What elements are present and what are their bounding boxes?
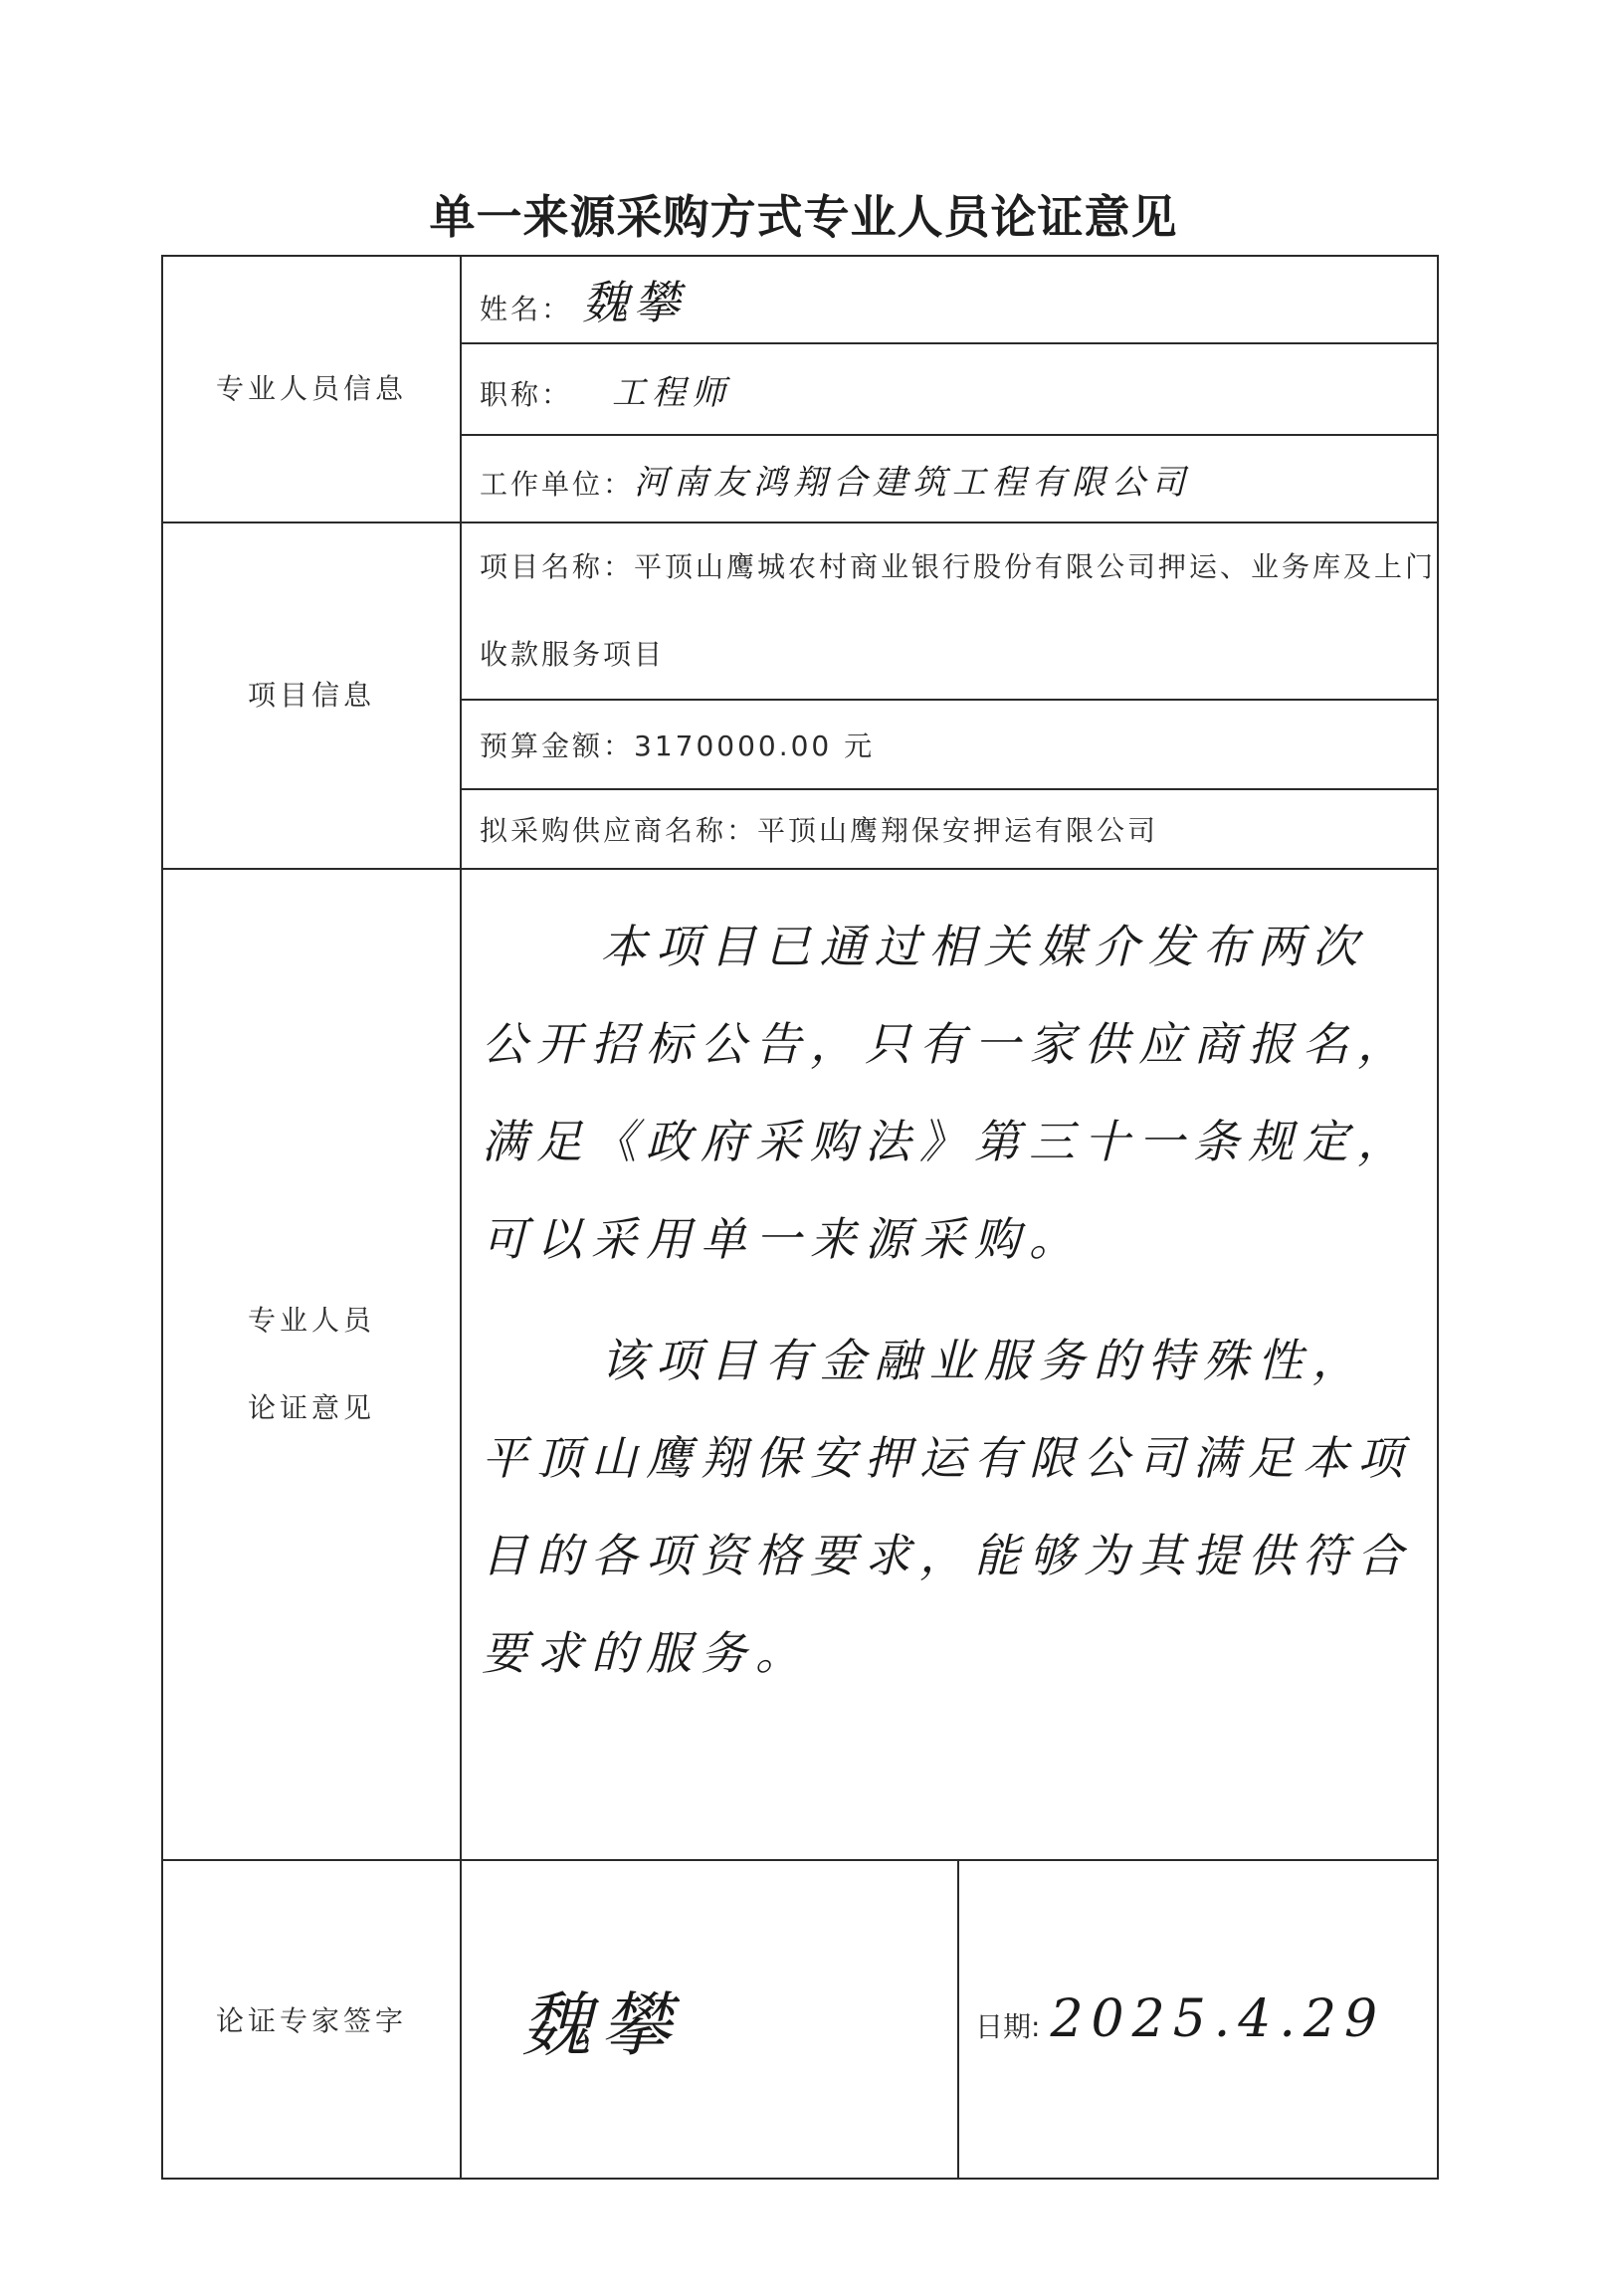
opinion-row: 专业人员 论证意见 本项目已通过相关媒介发布两次公开招标公告，只有一家供应商报名… — [162, 869, 1438, 1860]
project-name-field: 项目名称：平顶山鹰城农村商业银行股份有限公司押运、业务库及上门收款服务项目 — [461, 522, 1438, 700]
budget-field: 预算金额：3170000.00 元 — [461, 700, 1438, 789]
unit-handwritten-value: 河南友鸿翔合建筑工程有限公司 — [634, 463, 1191, 503]
opinion-form-table: 专业人员信息 姓名：魏攀 职称：工程师 工作单位：河南友鸿翔合建筑工程有限公司 … — [161, 255, 1439, 2180]
opinion-section-label: 专业人员 论证意见 — [162, 869, 461, 1860]
budget-label: 预算金额： — [480, 730, 634, 762]
page-title: 单一来源采购方式专业人员论证意见 — [0, 181, 1607, 247]
expert-unit-field: 工作单位：河南友鸿翔合建筑工程有限公司 — [461, 435, 1438, 522]
title-label: 职称： — [480, 373, 572, 413]
unit-label: 工作单位： — [480, 463, 634, 503]
opinion-label-line1: 专业人员 — [163, 1277, 460, 1364]
expert-name-row: 专业人员信息 姓名：魏攀 — [162, 256, 1438, 343]
supplier-label: 拟采购供应商名称： — [480, 814, 757, 847]
date-handwritten-value: 2025.4.29 — [1050, 1989, 1385, 2049]
opinion-label-line2: 论证意见 — [163, 1364, 460, 1452]
project-info-section-label: 项目信息 — [162, 522, 461, 869]
project-name-row: 项目信息 项目名称：平顶山鹰城农村商业银行股份有限公司押运、业务库及上门收款服务… — [162, 522, 1438, 700]
date-label: 日期: — [975, 2010, 1040, 2043]
name-label: 姓名： — [480, 288, 572, 327]
opinion-paragraph-1: 本项目已通过相关媒介发布两次公开招标公告，只有一家供应商报名，满足《政府采购法》… — [482, 898, 1419, 1288]
signature-cell: 魏攀 — [461, 1860, 958, 2179]
budget-value: 3170000.00 元 — [634, 730, 875, 762]
opinion-content: 本项目已通过相关媒介发布两次公开招标公告，只有一家供应商报名，满足《政府采购法》… — [461, 869, 1438, 1860]
opinion-paragraph-2: 该项目有金融业服务的特殊性，平顶山鹰翔保安押运有限公司满足本项目的各项资格要求，… — [482, 1312, 1419, 1702]
expert-name-field: 姓名：魏攀 — [461, 256, 1438, 343]
title-handwritten-value: 工程师 — [612, 373, 731, 413]
expert-title-field: 职称：工程师 — [461, 343, 1438, 435]
expert-signature: 魏攀 — [521, 1984, 681, 2066]
date-cell: 日期:2025.4.29 — [958, 1860, 1438, 2179]
expert-info-section-label: 专业人员信息 — [162, 256, 461, 522]
project-name-label: 项目名称： — [480, 550, 634, 583]
signature-label: 论证专家签字 — [162, 1860, 461, 2179]
name-handwritten-value: 魏攀 — [582, 276, 686, 329]
signature-row: 论证专家签字 魏攀 日期:2025.4.29 — [162, 1860, 1438, 2179]
supplier-value: 平顶山鹰翔保安押运有限公司 — [757, 814, 1158, 847]
supplier-field: 拟采购供应商名称：平顶山鹰翔保安押运有限公司 — [461, 789, 1438, 869]
